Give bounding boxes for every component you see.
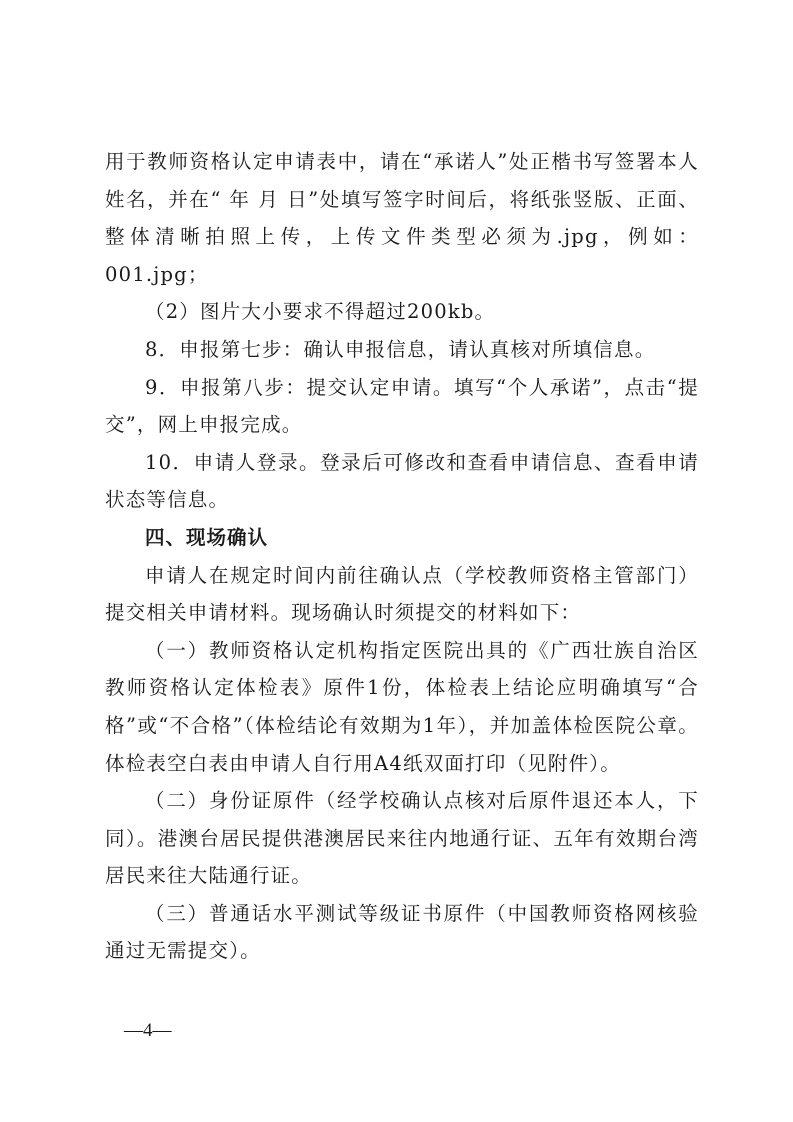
paragraph-image-size: （2）图片大小要求不得超过200kb。	[105, 293, 699, 331]
paragraph-onsite-intro: 申请人在规定时间内前往确认点（学校教师资格主管部门）提交相关申请材料。现场确认时…	[105, 557, 699, 632]
page-number: —4—	[124, 1020, 172, 1042]
section-heading-onsite-confirmation: 四、现场确认	[105, 519, 699, 557]
document-body: 用于教师资格认定申请表中，请在“承诺人”处正楷书写签署本人姓名，并在“ 年 月 …	[105, 143, 699, 970]
paragraph-item-3-mandarin-cert: （三）普通话水平测试等级证书原件（中国教师资格网核验通过无需提交）。	[105, 895, 699, 970]
paragraph-item-2-id-card: （二）身份证原件（经学校确认点核对后原件退还本人，下同）。港澳台居民提供港澳居民…	[105, 782, 699, 895]
paragraph-item-1-health-form: （一）教师资格认定机构指定医院出具的《广西壮族自治区教师资格认定体检表》原件1份…	[105, 632, 699, 782]
paragraph-step-8: 9．申报第八步：提交认定申请。填写“个人承诺”，点击“提交”，网上申报完成。	[105, 369, 699, 444]
paragraph-step-7: 8．申报第七步：确认申报信息，请认真核对所填信息。	[105, 331, 699, 369]
paragraph-applicant-login: 10．申请人登录。登录后可修改和查看申请信息、查看申请状态等信息。	[105, 444, 699, 519]
paragraph-photo-upload: 用于教师资格认定申请表中，请在“承诺人”处正楷书写签署本人姓名，并在“ 年 月 …	[105, 143, 699, 293]
